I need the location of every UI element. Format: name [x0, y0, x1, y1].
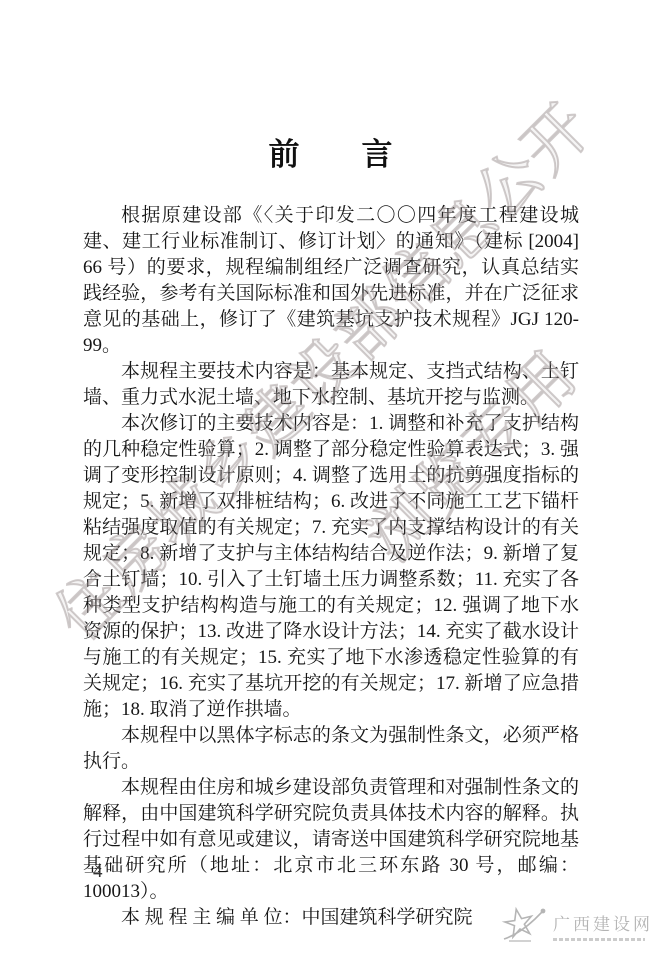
paragraph-revision-list: 本次修订的主要技术内容是：1. 调整和补充了支护结构的几种稳定性验算；2. 调整… — [83, 411, 579, 723]
paragraph-main-contents: 本规程主要技术内容是：基本规定、支挡式结构、土钉墙、重力式水泥土墙、地下水控制、… — [83, 359, 579, 411]
document-body: 根据原建设部《〈关于印发二〇〇四年度工程建设城建、建工行业标准制订、修订计划〉的… — [83, 203, 579, 931]
page-number: 4 — [93, 861, 103, 883]
paragraph-basis: 根据原建设部《〈关于印发二〇〇四年度工程建设城建、建工行业标准制订、修订计划〉的… — [83, 203, 579, 359]
footer-logo: 广西建设网 — [501, 903, 653, 952]
paragraph-mandatory-provisions: 本规程中以黑体字标志的条文为强制性条文，必须严格执行。 — [83, 723, 579, 775]
logo-tagline-text — [553, 938, 645, 941]
logo-site-name: 广西建设网 — [553, 915, 653, 935]
logo-text-column: 广西建设网 — [553, 903, 653, 941]
star-swoosh-icon — [501, 903, 549, 952]
page-title: 前 言 — [0, 129, 661, 174]
document-page: 住房城乡建设部信息公开 浏览专用 前 言 根据原建设部《〈关于印发二〇〇四年度工… — [0, 0, 661, 958]
paragraph-administration: 本规程由住房和城乡建设部负责管理和对强制性条文的解释，由中国建筑科学研究院负责具… — [83, 775, 579, 905]
